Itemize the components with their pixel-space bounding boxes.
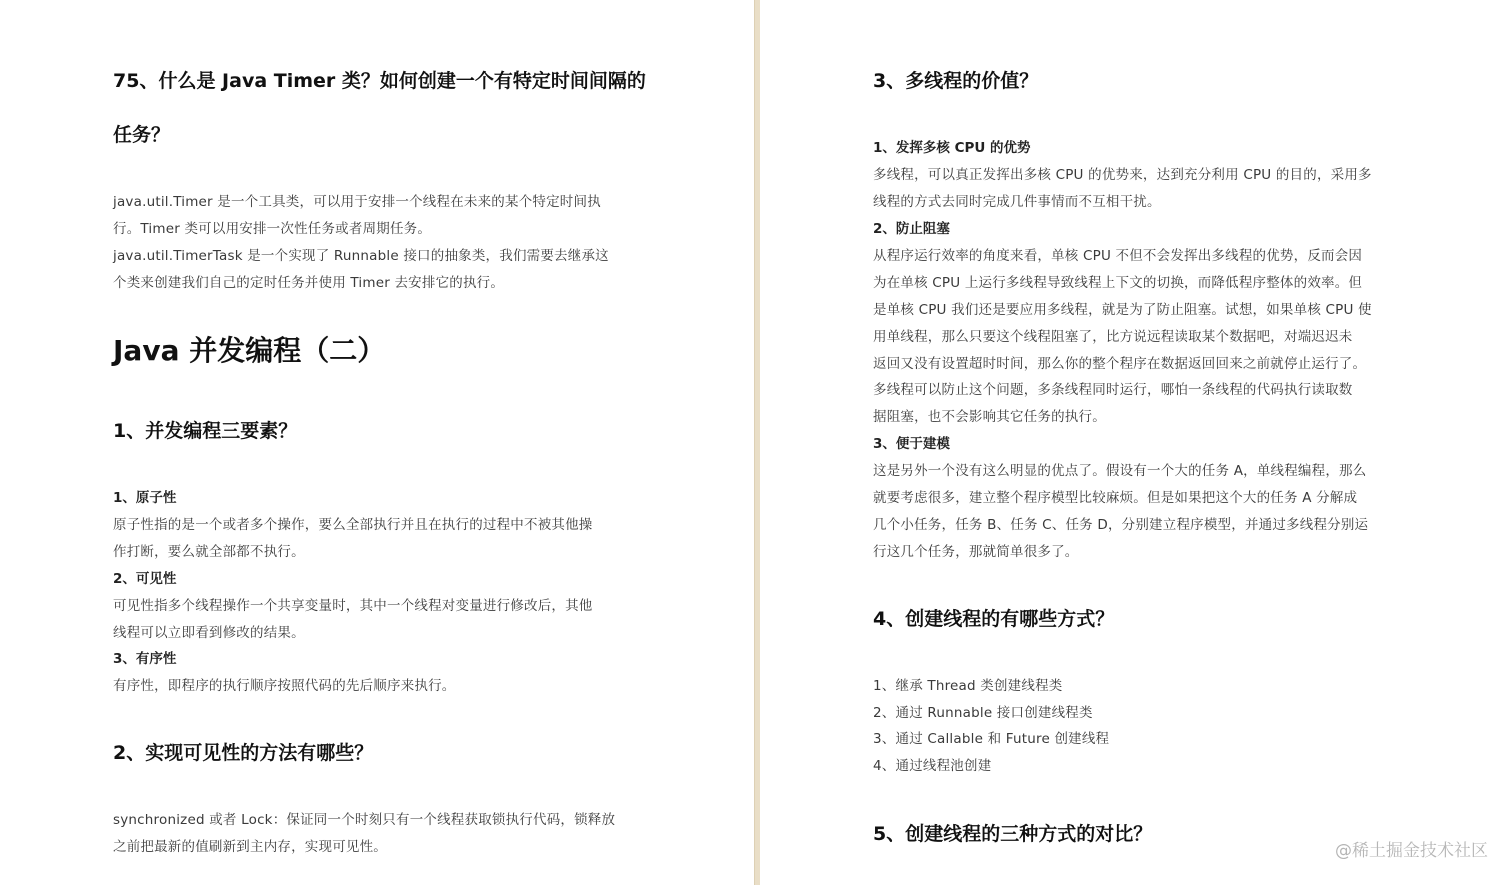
q3-item-line: 为在单核 CPU 上运行多线程导致线程上下文的切换，而降低程序整体的效率。但 <box>873 271 1362 291</box>
q75-body-line: java.util.Timer 是一个工具类，可以用于安排一个线程在未来的某个特… <box>113 190 601 210</box>
q4-list-item: 3、通过 Callable 和 Future 创建线程 <box>873 727 1109 747</box>
q1-item-line: 有序性，即程序的执行顺序按照代码的先后顺序来执行。 <box>113 674 456 694</box>
q3-item-line: 这是另外一个没有这么明显的优点了。假设有一个大的任务 A，单线程编程，那么 <box>873 459 1366 479</box>
left-page: 75、什么是 Java Timer 类？如何创建一个有特定时间间隔的 任务？ j… <box>0 0 754 885</box>
q75-body-line: java.util.TimerTask 是一个实现了 Runnable 接口的抽… <box>113 244 609 264</box>
q3-item-heading: 2、防止阻塞 <box>873 217 950 237</box>
q4-title: 4、创建线程的有哪些方式？ <box>873 604 1114 631</box>
q3-item-line: 多线程，可以真正发挥出多核 CPU 的优势来，达到充分利用 CPU 的目的，采用… <box>873 163 1372 183</box>
q1-title: 1、并发编程三要素？ <box>113 416 297 443</box>
q75-title-line1: 75、什么是 Java Timer 类？如何创建一个有特定时间间隔的 <box>113 66 646 93</box>
q3-item-line: 多线程可以防止这个问题，多条线程同时运行，哪怕一条线程的代码执行读取数 <box>873 378 1353 398</box>
q4-list-item: 1、继承 Thread 类创建线程类 <box>873 674 1062 694</box>
q2-title: 2、实现可见性的方法有哪些？ <box>113 738 373 765</box>
chapter-title: Java 并发编程（二） <box>113 329 385 369</box>
q3-item-line: 就要考虑很多，建立整个程序模型比较麻烦。但是如果把这个大的任务 A 分解成 <box>873 486 1357 506</box>
q3-item-line: 据阻塞，也不会影响其它任务的执行。 <box>873 405 1106 425</box>
right-page: 3、多线程的价值？ 1、发挥多核 CPU 的优势 多线程，可以真正发挥出多核 C… <box>760 0 1512 885</box>
q3-item-line: 是单核 CPU 我们还是要应用多线程，就是为了防止阻塞。试想，如果单核 CPU … <box>873 298 1372 318</box>
q2-body-line: synchronized 或者 Lock：保证同一个时刻只有一个线程获取锁执行代… <box>113 808 615 828</box>
q1-item-line: 原子性指的是一个或者多个操作，要么全部执行并且在执行的过程中不被其他操 <box>113 513 593 533</box>
q3-item-heading: 1、发挥多核 CPU 的优势 <box>873 136 1031 156</box>
q75-body-line: 行。Timer 类可以用安排一次性任务或者周期任务。 <box>113 217 431 237</box>
q1-item-heading: 2、可见性 <box>113 567 176 587</box>
q1-item-line: 可见性指多个线程操作一个共享变量时，其中一个线程对变量进行修改后，其他 <box>113 594 593 614</box>
q3-title: 3、多线程的价值？ <box>873 66 1038 93</box>
q4-list-item: 2、通过 Runnable 接口创建线程类 <box>873 701 1093 721</box>
q3-item-line: 线程的方式去同时完成几件事情而不互相干扰。 <box>873 190 1161 210</box>
q75-body-line: 个类来创建我们自己的定时任务并使用 Timer 去安排它的执行。 <box>113 271 504 291</box>
q1-item-heading: 1、原子性 <box>113 486 176 506</box>
q1-item-line: 作打断，要么就全部都不执行。 <box>113 540 305 560</box>
q75-title-line2: 任务？ <box>113 120 170 147</box>
watermark: @稀土掘金技术社区 <box>1335 836 1488 861</box>
q3-item-line: 用单线程，那么只要这个线程阻塞了，比方说远程读取某个数据吧，对端迟迟未 <box>873 325 1353 345</box>
q3-item-line: 返回又没有设置超时时间，那么你的整个程序在数据返回回来之前就停止运行了。 <box>873 352 1366 372</box>
document-spread: 75、什么是 Java Timer 类？如何创建一个有特定时间间隔的 任务？ j… <box>0 0 1512 885</box>
q3-item-heading: 3、便于建模 <box>873 432 950 452</box>
q3-item-line: 几个小任务，任务 B、任务 C、任务 D，分别建立程序模型，并通过多线程分别运 <box>873 513 1368 533</box>
q1-item-heading: 3、有序性 <box>113 647 176 667</box>
q3-item-line: 从程序运行效率的角度来看，单核 CPU 不但不会发挥出多线程的优势，反而会因 <box>873 244 1362 264</box>
q2-body-line: 之前把最新的值刷新到主内存，实现可见性。 <box>113 835 387 855</box>
q4-list-item: 4、通过线程池创建 <box>873 754 991 774</box>
q5-title: 5、创建线程的三种方式的对比？ <box>873 819 1152 846</box>
q1-item-line: 线程可以立即看到修改的结果。 <box>113 621 305 641</box>
q3-item-line: 行这几个任务，那就简单很多了。 <box>873 540 1079 560</box>
